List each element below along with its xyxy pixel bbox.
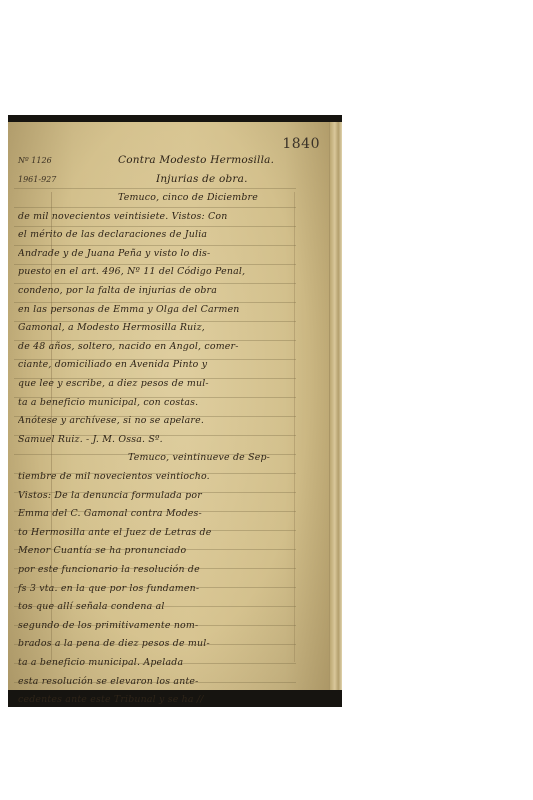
body-line: Vistos: De la denuncia formulada por (18, 490, 296, 501)
ruled-line (14, 226, 296, 227)
body-line: esta resolución se elevaron los ante- (18, 676, 296, 687)
body-line: tiembre de mil novecientos veintiocho. (18, 471, 296, 482)
body-line: Emma del C. Gamonal contra Modes- (18, 508, 296, 519)
body-line: ciante, domiciliado en Avenida Pinto y (18, 359, 296, 370)
body-line: cedentes ante este Tribunal y se ha // (18, 694, 296, 705)
body-line: ta a beneficio municipal, con costas. (18, 397, 296, 408)
body-line: Gamonal, a Modesto Hermosilla Ruiz, (18, 322, 296, 333)
body-line: tos que allí señala condena al (18, 601, 296, 612)
body-line: el mérito de las declaraciones de Julia (18, 229, 296, 240)
body-line: en las personas de Emma y Olga del Carme… (18, 304, 296, 315)
ruled-line (14, 264, 296, 265)
body-line: por este funcionario la resolución de (18, 564, 296, 575)
body-line: Temuco, veintinueve de Sep- (128, 452, 298, 463)
ruled-line (14, 283, 296, 284)
body-line: de mil novecientos veintisiete. Vistos: … (18, 211, 296, 222)
page-edge (329, 122, 342, 690)
body-line: condeno, por la falta de injurias de obr… (18, 285, 296, 296)
body-line: fs 3 vta. en la que por los fundamen- (18, 583, 296, 594)
body-line: to Hermosilla ante el Juez de Letras de (18, 527, 296, 538)
body-line: ta a beneficio municipal. Apelada (18, 657, 296, 668)
body-line: Anótese y archívese, si no se apelare. (18, 415, 296, 426)
body-line: de 48 años, soltero, nacido en Angol, co… (18, 341, 296, 352)
margin-note-case-number: Nº 1126 (18, 156, 52, 165)
ledger-photograph: 1840 Nº 1126 1961-927 Contra Modesto Her… (8, 115, 342, 707)
body-line: Andrade y de Juana Peña y visto lo dis- (18, 248, 296, 259)
body-line: brados a la pena de diez pesos de mul- (18, 638, 296, 649)
body-line: Menor Cuantía se ha pronunciado (18, 545, 296, 556)
title-line-defendant: Contra Modesto Hermosilla. (118, 154, 298, 166)
ruled-line (14, 207, 296, 208)
body-line: puesto en el art. 496, Nº 11 del Código … (18, 266, 296, 277)
ruled-line (14, 245, 296, 246)
page-number: 1840 (282, 136, 320, 152)
body-line: que lee y escribe, a diez pesos de mul- (18, 378, 296, 389)
ledger-page: 1840 Nº 1126 1961-927 Contra Modesto Her… (8, 122, 334, 690)
title-line-charge: Injurias de obra. (156, 173, 296, 185)
body-line: Samuel Ruiz. - J. M. Ossa. Sº. (18, 434, 296, 445)
body-line: segundo de los primitivamente nom- (18, 620, 296, 631)
ruled-line (14, 188, 296, 189)
body-line: Temuco, cinco de Diciembre (118, 192, 298, 203)
margin-note-reference: 1961-927 (18, 175, 56, 184)
